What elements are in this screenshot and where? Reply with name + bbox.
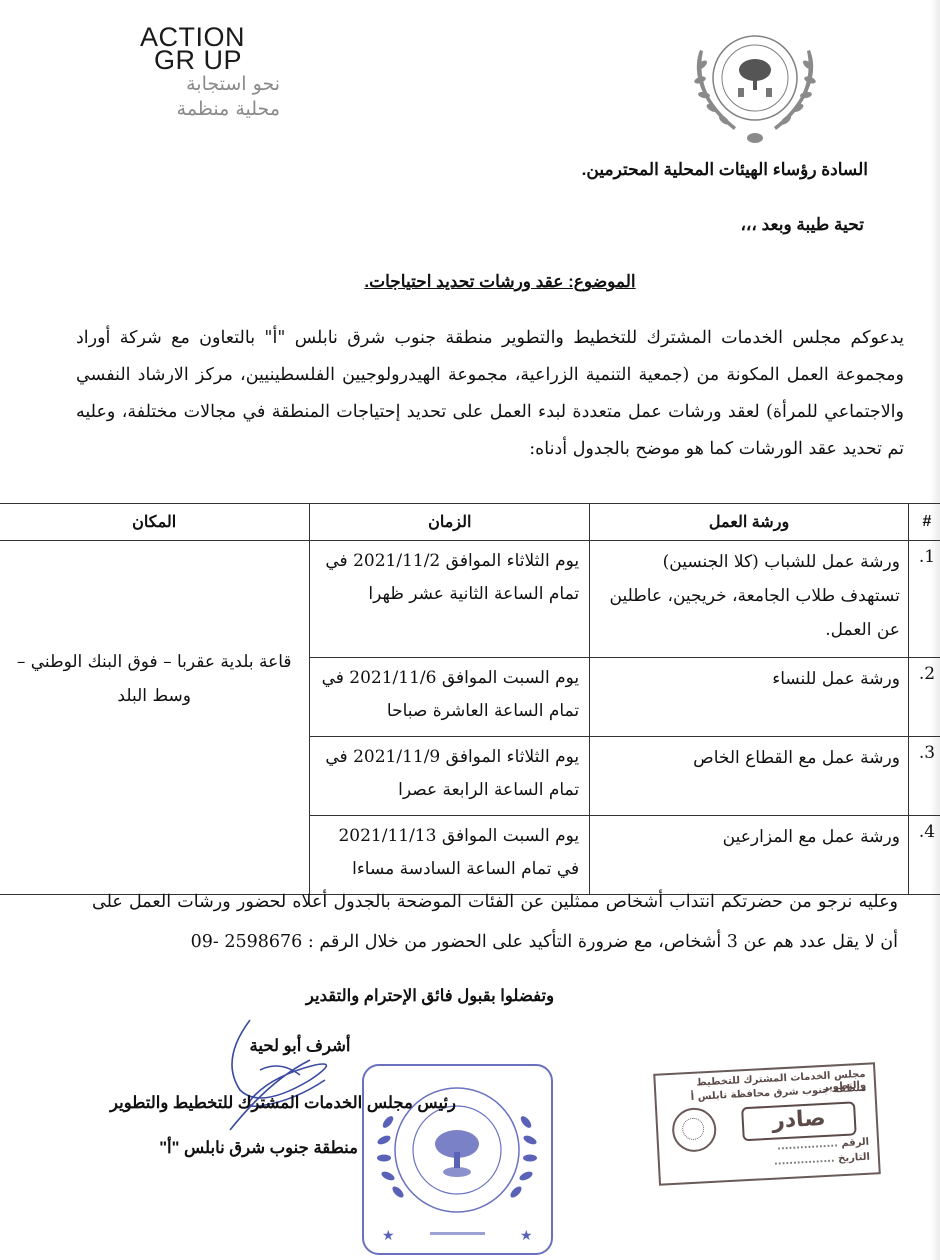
logo-title: ACTION GR UP: [140, 26, 290, 72]
row-time: يوم السبت الموافق 2021/11/6 في تمام السا…: [310, 658, 590, 737]
scan-edge-shadow: [930, 0, 940, 1260]
salutation: السادة رؤساء الهيئات المحلية المحترمين.: [582, 160, 868, 180]
logo-line2: GR UP: [140, 49, 290, 72]
subject-line: الموضوع: عقد ورشات تحديد احتياجات.: [0, 272, 940, 292]
regards-line: وتفضلوا بقبول فائق الإحترام والتقدير: [0, 986, 940, 1006]
signatory-name: أشرف أبو لحية: [200, 1036, 400, 1056]
logo-tagline-line1: نحو استجابة: [140, 72, 280, 97]
header-workshop: ورشة العمل: [590, 504, 909, 541]
header-place: المكان: [0, 504, 310, 541]
number-label: الرقم: [841, 1137, 869, 1149]
issued-stamp: مجلس الخدمات المشترك للتخطيط والتطوير من…: [653, 1062, 881, 1185]
row-workshop: ورشة عمل للشباب (كلا الجنسين) تستهدف طلا…: [590, 541, 909, 658]
row-workshop: ورشة عمل للنساء: [590, 658, 909, 737]
signatory-region: منطقة جنوب شرق نابلس "أ": [96, 1138, 358, 1158]
svg-text:★: ★: [382, 1228, 395, 1244]
workshops-table: # ورشة العمل الزمان المكان 1. ورشة عمل ل…: [0, 503, 940, 895]
row-workshop: ورشة عمل مع القطاع الخاص: [590, 737, 909, 816]
signatory-title: رئيس مجلس الخدمات المشترك للتخطيط والتطو…: [96, 1093, 456, 1113]
row-place: قاعة بلدية عقربا – فوق البنك الوطني – وس…: [0, 541, 310, 895]
logo-tagline-line2: محلية منظمة: [140, 97, 280, 122]
row-time: يوم الثلاثاء الموافق 2021/11/2 في تمام ا…: [310, 541, 590, 658]
small-seal-icon: [671, 1107, 717, 1153]
header-time: الزمان: [310, 504, 590, 541]
tree-icon: [738, 59, 772, 97]
date-dots: ................: [774, 1154, 835, 1168]
number-dots: ................: [777, 1138, 838, 1152]
date-label: التاريخ: [838, 1152, 870, 1165]
handwritten-signature-icon: [190, 1010, 400, 1140]
logo-tagline: نحو استجابة محلية منظمة: [140, 72, 280, 122]
issued-stamp-date: التاريخ ................: [774, 1152, 870, 1168]
action-group-logo: ACTION GR UP نحو استجابة محلية منظمة: [140, 26, 290, 122]
body-paragraph: يدعوكم مجلس الخدمات المشترك للتخطيط والت…: [76, 320, 904, 468]
svg-text:★: ★: [520, 1228, 533, 1244]
council-seal-icon: [680, 10, 830, 155]
table-row: 1. ورشة عمل للشباب (كلا الجنسين) تستهدف …: [0, 541, 940, 658]
closing-paragraph: وعليه نرجو من حضرتكم انتداب أشخاص ممثلين…: [92, 882, 898, 962]
table-header-row: # ورشة العمل الزمان المكان: [0, 504, 940, 541]
greeting: تحية طيبة وبعد ،،،: [740, 215, 864, 235]
issued-stamp-word: صادر: [741, 1101, 857, 1141]
issued-stamp-number: الرقم ................: [777, 1137, 870, 1153]
row-time: يوم الثلاثاء الموافق 2021/11/9 في تمام ا…: [310, 737, 590, 816]
subject-text: الموضوع: عقد ورشات تحديد احتياجات.: [364, 272, 635, 291]
